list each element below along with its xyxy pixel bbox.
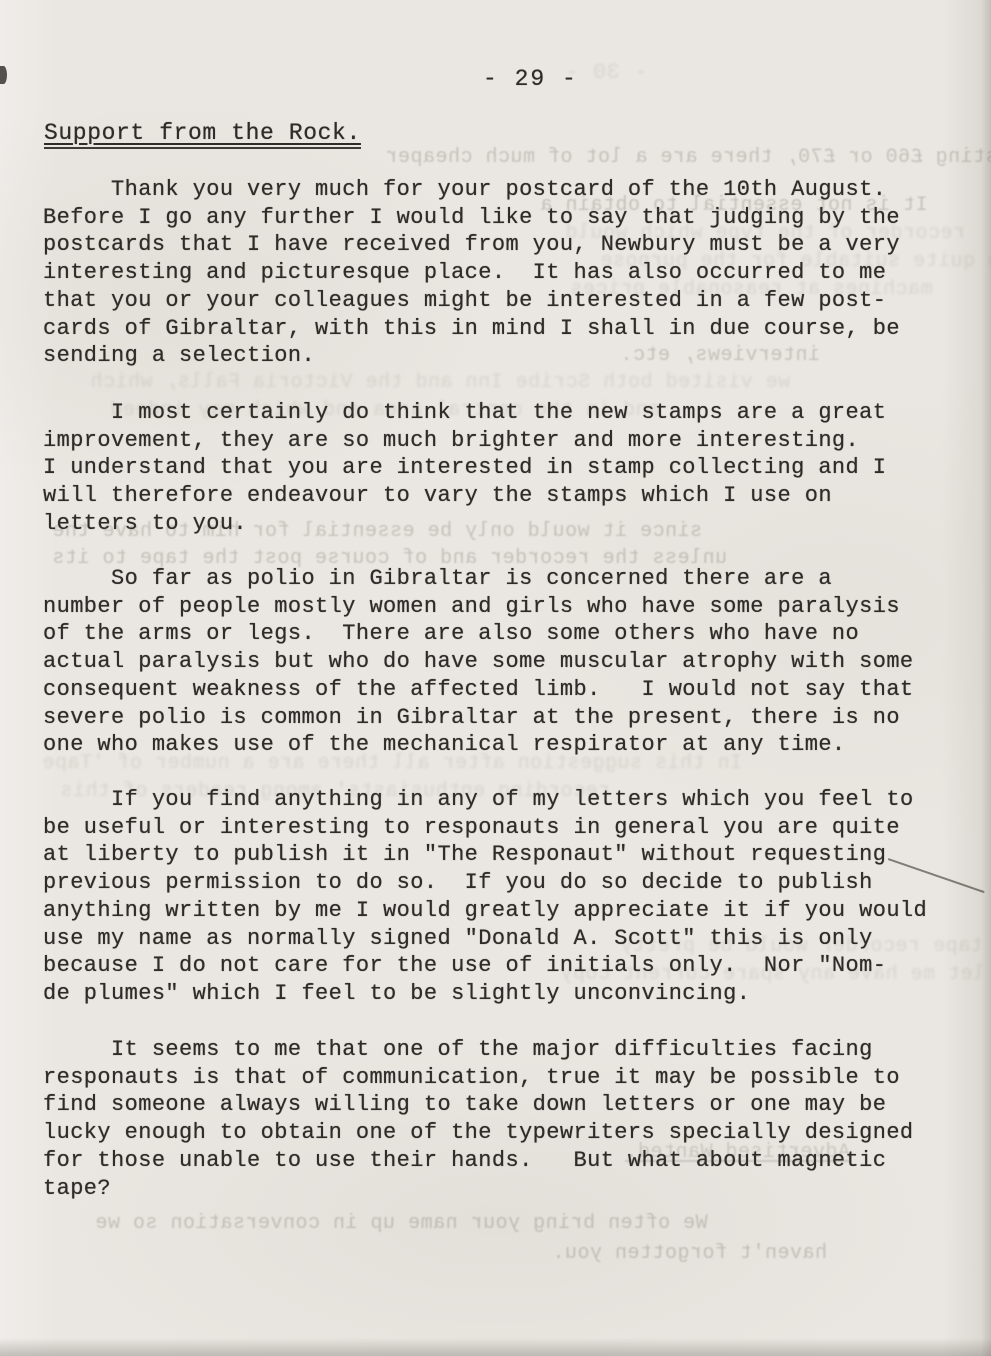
scan-edge-shadow-right bbox=[981, 0, 991, 1356]
section-heading: Support from the Rock. bbox=[44, 120, 361, 149]
ghost-text-line: costing £60 or £70, there are a lot of m… bbox=[385, 146, 991, 169]
scanned-letter-page: - 30 - - 29 - costing £60 or £70, there … bbox=[0, 0, 991, 1356]
ghost-text-line: We often bring your name up in conversat… bbox=[95, 1212, 708, 1235]
ghost-text-line: haven't forgotten you. bbox=[552, 1242, 827, 1265]
paragraph-publish: If you find anything in any of my letter… bbox=[43, 786, 963, 1008]
paragraph-communication: It seems to me that one of the major dif… bbox=[43, 1036, 963, 1202]
ink-speck bbox=[0, 66, 7, 84]
paragraph-polio: So far as polio in Gibraltar is concerne… bbox=[43, 565, 963, 759]
paragraph-stamps: I most certainly do think that the new s… bbox=[43, 399, 963, 538]
scan-edge-shadow-bottom bbox=[0, 1338, 991, 1356]
ghost-text-line: we visited both Scribe Inn and the Victo… bbox=[90, 371, 790, 394]
paragraph-thank-you: Thank you very much for your postcard of… bbox=[43, 176, 963, 370]
page-number: - 29 - bbox=[483, 66, 578, 92]
